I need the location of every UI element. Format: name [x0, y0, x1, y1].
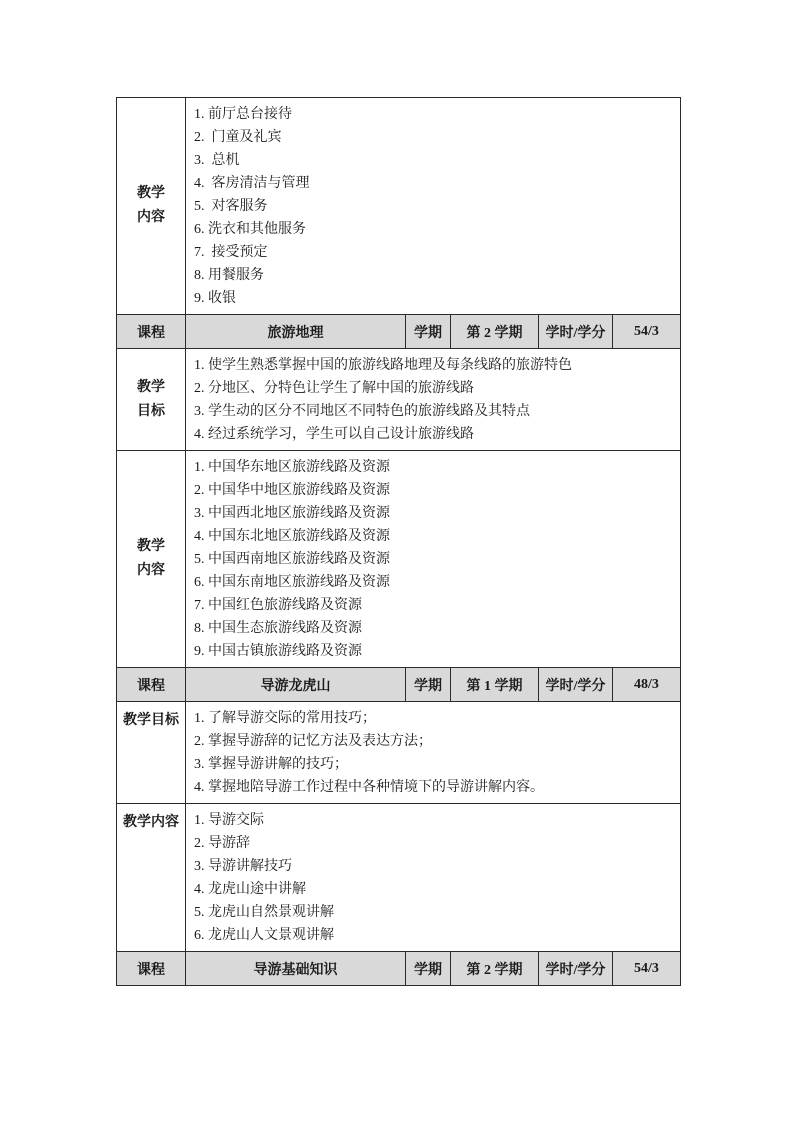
- course-label: 课程: [117, 952, 185, 985]
- teaching-content-items: 1. 前厅总台接待2. 门童及礼宾3. 总机4. 客房清洁与管理5. 对客服务6…: [185, 98, 680, 314]
- hours-credit-label: 学时/学分: [538, 952, 612, 985]
- teaching-objectives-label: 教学 目标: [117, 349, 185, 450]
- list-item: 3. 学生动的区分不同地区不同特色的旅游线路及其特点: [194, 400, 672, 423]
- hours-credit-label: 学时/学分: [538, 668, 612, 701]
- course-name: 导游龙虎山: [185, 668, 405, 701]
- course-name: 旅游地理: [185, 315, 405, 348]
- course-label: 课程: [117, 315, 185, 348]
- term-value: 第 2 学期: [450, 315, 538, 348]
- list-item: 6. 洗衣和其他服务: [194, 218, 672, 241]
- list-item: 1. 前厅总台接待: [194, 103, 672, 126]
- list-item: 2. 门童及礼宾: [194, 126, 672, 149]
- list-item: 8. 中国生态旅游线路及资源: [194, 617, 672, 640]
- list-item: 7. 接受预定: [194, 241, 672, 264]
- teaching-content-items: 1. 中国华东地区旅游线路及资源2. 中国华中地区旅游线路及资源3. 中国西北地…: [185, 451, 680, 667]
- hours-credit-value: 54/3: [612, 952, 680, 985]
- list-item: 6. 龙虎山人文景观讲解: [194, 924, 672, 947]
- teaching-content-row-1: 教学 内容 1. 前厅总台接待2. 门童及礼宾3. 总机4. 客房清洁与管理5.…: [117, 98, 680, 314]
- teaching-objectives-items: 1. 使学生熟悉掌握中国的旅游线路地理及每条线路的旅游特色2. 分地区、分特色让…: [185, 349, 680, 450]
- list-item: 3. 掌握导游讲解的技巧；: [194, 753, 672, 776]
- list-item: 5. 中国西南地区旅游线路及资源: [194, 548, 672, 571]
- teaching-objectives-label: 教学目标: [117, 702, 185, 803]
- list-item: 3. 中国西北地区旅游线路及资源: [194, 502, 672, 525]
- term-label: 学期: [405, 952, 450, 985]
- label-line-2: 内容: [137, 206, 165, 230]
- list-item: 1. 中国华东地区旅游线路及资源: [194, 456, 672, 479]
- teaching-objectives-row-2: 教学目标 1. 了解导游交际的常用技巧；2. 掌握导游辞的记忆方法及表达方法；3…: [117, 701, 680, 803]
- list-item: 4. 龙虎山途中讲解: [194, 878, 672, 901]
- label-line-1: 教学内容: [123, 811, 179, 835]
- hours-credit-value: 54/3: [612, 315, 680, 348]
- course-header-row-1: 课程 旅游地理 学期 第 2 学期 学时/学分 54/3: [117, 314, 680, 348]
- hours-credit-label: 学时/学分: [538, 315, 612, 348]
- teaching-content-items: 1. 导游交际2. 导游辞3. 导游讲解技巧4. 龙虎山途中讲解5. 龙虎山自然…: [185, 804, 680, 951]
- list-item: 7. 中国红色旅游线路及资源: [194, 594, 672, 617]
- term-label: 学期: [405, 668, 450, 701]
- list-item: 2. 掌握导游辞的记忆方法及表达方法；: [194, 730, 672, 753]
- teaching-content-label: 教学内容: [117, 804, 185, 951]
- label-line-1: 教学目标: [123, 709, 179, 733]
- list-item: 8. 用餐服务: [194, 264, 672, 287]
- teaching-content-label: 教学 内容: [117, 451, 185, 667]
- teaching-content-label: 教学 内容: [117, 98, 185, 314]
- list-item: 1. 使学生熟悉掌握中国的旅游线路地理及每条线路的旅游特色: [194, 354, 672, 377]
- term-label: 学期: [405, 315, 450, 348]
- list-item: 2. 分地区、分特色让学生了解中国的旅游线路: [194, 377, 672, 400]
- list-item: 4. 中国东北地区旅游线路及资源: [194, 525, 672, 548]
- term-value: 第 2 学期: [450, 952, 538, 985]
- list-item: 1. 了解导游交际的常用技巧；: [194, 707, 672, 730]
- teaching-objectives-row-1: 教学 目标 1. 使学生熟悉掌握中国的旅游线路地理及每条线路的旅游特色2. 分地…: [117, 348, 680, 450]
- course-name: 导游基础知识: [185, 952, 405, 985]
- course-header-row-3: 课程 导游基础知识 学期 第 2 学期 学时/学分 54/3: [117, 951, 680, 985]
- list-item: 2. 导游辞: [194, 832, 672, 855]
- teaching-content-row-3: 教学内容 1. 导游交际2. 导游辞3. 导游讲解技巧4. 龙虎山途中讲解5. …: [117, 803, 680, 951]
- label-line-1: 教学: [137, 182, 165, 206]
- course-label: 课程: [117, 668, 185, 701]
- list-item: 5. 对客服务: [194, 195, 672, 218]
- label-line-2: 内容: [137, 559, 165, 583]
- teaching-objectives-items: 1. 了解导游交际的常用技巧；2. 掌握导游辞的记忆方法及表达方法；3. 掌握导…: [185, 702, 680, 803]
- label-line-1: 教学: [137, 535, 165, 559]
- list-item: 2. 中国华中地区旅游线路及资源: [194, 479, 672, 502]
- list-item: 4. 掌握地陪导游工作过程中各种情境下的导游讲解内容。: [194, 776, 672, 799]
- label-line-1: 教学: [137, 376, 165, 400]
- list-item: 9. 收银: [194, 287, 672, 310]
- label-line-2: 目标: [137, 400, 165, 424]
- list-item: 5. 龙虎山自然景观讲解: [194, 901, 672, 924]
- hours-credit-value: 48/3: [612, 668, 680, 701]
- list-item: 4. 客房清洁与管理: [194, 172, 672, 195]
- teaching-content-row-2: 教学 内容 1. 中国华东地区旅游线路及资源2. 中国华中地区旅游线路及资源3.…: [117, 450, 680, 667]
- list-item: 6. 中国东南地区旅游线路及资源: [194, 571, 672, 594]
- list-item: 3. 导游讲解技巧: [194, 855, 672, 878]
- list-item: 3. 总机: [194, 149, 672, 172]
- list-item: 9. 中国古镇旅游线路及资源: [194, 640, 672, 663]
- curriculum-table: 教学 内容 1. 前厅总台接待2. 门童及礼宾3. 总机4. 客房清洁与管理5.…: [116, 97, 681, 986]
- course-header-row-2: 课程 导游龙虎山 学期 第 1 学期 学时/学分 48/3: [117, 667, 680, 701]
- list-item: 4. 经过系统学习，学生可以自己设计旅游线路: [194, 423, 672, 446]
- list-item: 1. 导游交际: [194, 809, 672, 832]
- term-value: 第 1 学期: [450, 668, 538, 701]
